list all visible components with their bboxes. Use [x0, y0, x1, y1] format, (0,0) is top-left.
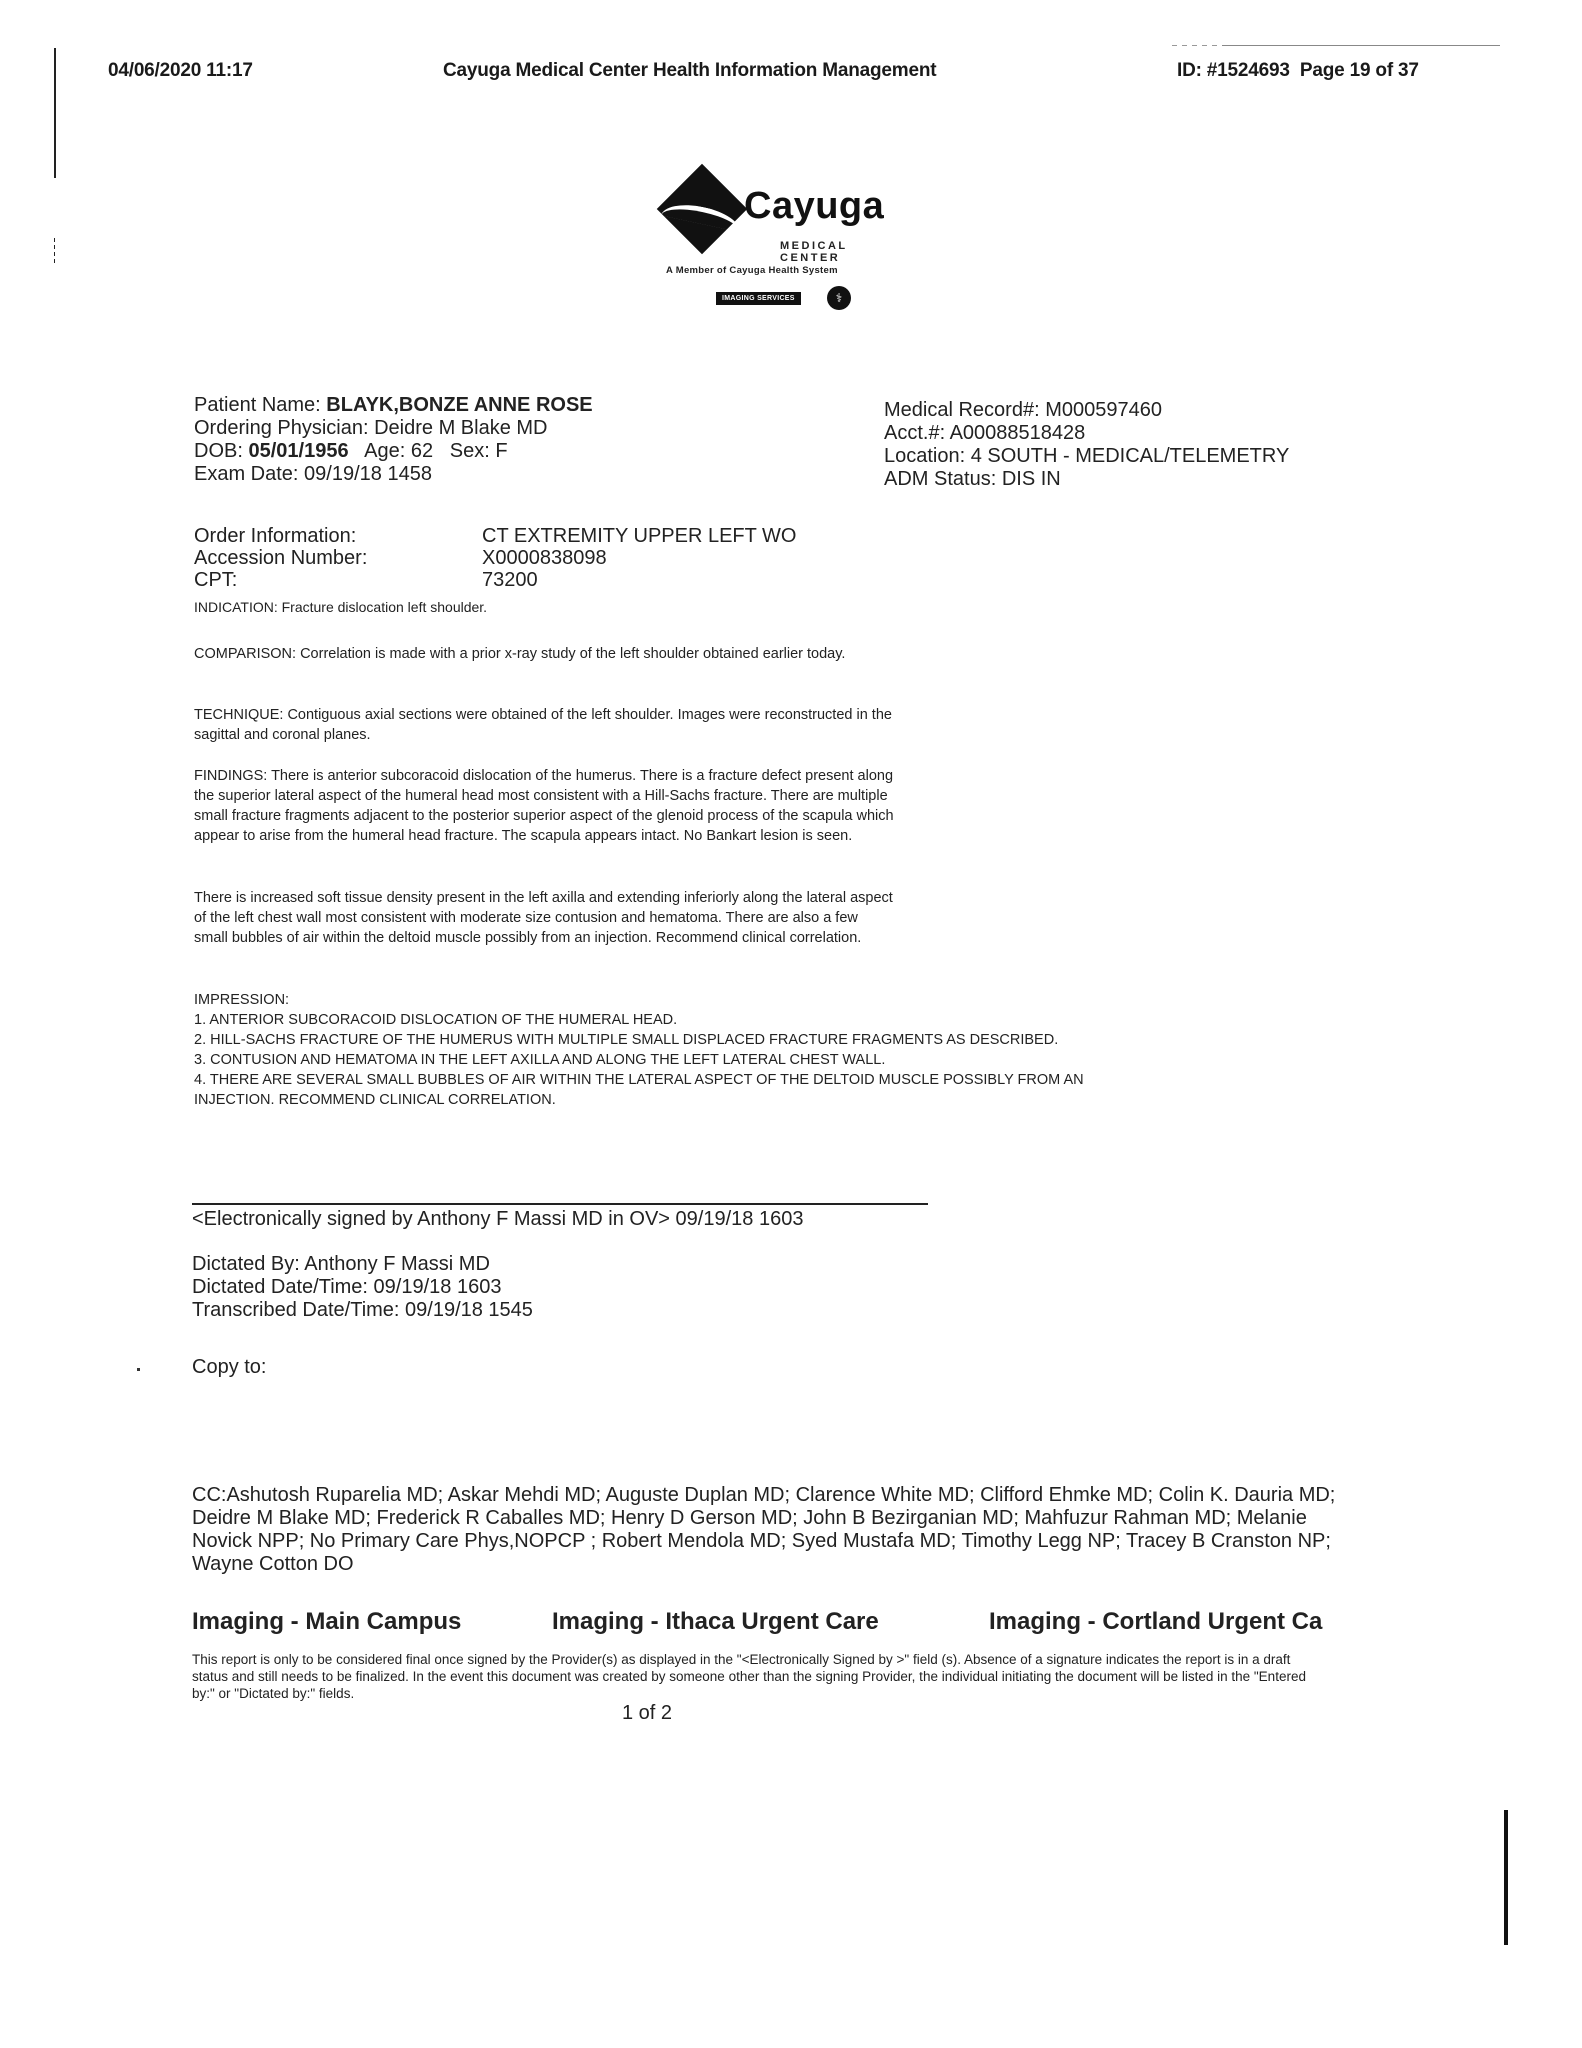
dob-row: DOB: 05/01/1956 Age: 62 Sex: F — [194, 440, 593, 463]
impression-section: IMPRESSION: 1. ANTERIOR SUBCORACOID DISL… — [194, 990, 1154, 1110]
adm-status: DIS IN — [1002, 468, 1061, 490]
dictation-info: Dictated By: Anthony F Massi MD Dictated… — [192, 1253, 533, 1322]
comparison-section: COMPARISON: Correlation is made with a p… — [194, 644, 894, 664]
scan-margin-mark — [137, 1368, 140, 1371]
cayuga-logo: Cayuga MEDICAL CENTER A Member of Cayuga… — [652, 165, 912, 325]
page-number: Page 19 of 37 — [1300, 60, 1419, 81]
logo-member-line: A Member of Cayuga Health System — [666, 265, 838, 276]
document-id: ID: #1524693 — [1177, 60, 1290, 81]
account-number: A00088518428 — [950, 422, 1086, 444]
imaging-services-badge: IMAGING SERVICES — [716, 292, 801, 305]
exam-date: 09/19/18 1458 — [304, 463, 432, 485]
signature-divider — [192, 1203, 928, 1205]
caduceus-seal-icon: ⚕ — [827, 286, 851, 310]
scan-margin-line — [54, 48, 56, 178]
age: 62 — [411, 440, 433, 462]
patient-info: Patient Name: BLAYK,BONZE ANNE ROSE Orde… — [194, 394, 593, 486]
impression-item: 1. ANTERIOR SUBCORACOID DISLOCATION OF T… — [194, 1010, 1154, 1030]
document-id-page: ID: #1524693 Page 19 of 37 — [1177, 60, 1419, 82]
ordering-physician-row: Ordering Physician: Deidre M Blake MD — [194, 417, 593, 440]
imaging-sites: Imaging - Main CampusImaging - Ithaca Ur… — [192, 1608, 1322, 1636]
organization-title: Cayuga Medical Center Health Information… — [443, 60, 936, 82]
ordering-physician: Deidre M Blake MD — [374, 417, 547, 439]
exam-date-row: Exam Date: 09/19/18 1458 — [194, 463, 593, 486]
scan-edge-line — [1504, 1810, 1508, 1945]
site-cortland-urgent-care: Imaging - Cortland Urgent Ca — [989, 1608, 1322, 1636]
findings-soft-tissue: There is increased soft tissue density p… — [194, 888, 894, 948]
indication: INDICATION: Fracture dislocation left sh… — [194, 599, 487, 615]
scan-artifact-line — [1172, 45, 1222, 46]
electronic-signature: <Electronically signed by Anthony F Mass… — [192, 1208, 803, 1231]
impression-item: 3. CONTUSION AND HEMATOMA IN THE LEFT AX… — [194, 1050, 1154, 1070]
medical-record-number: M000597460 — [1045, 399, 1162, 421]
location: 4 SOUTH - MEDICAL/TELEMETRY — [971, 445, 1290, 467]
site-ithaca-urgent-care: Imaging - Ithaca Urgent Care — [552, 1608, 989, 1636]
copy-to-label: Copy to: — [192, 1356, 266, 1379]
dictated-datetime: Dictated Date/Time: 09/19/18 1603 — [192, 1276, 533, 1299]
impression-label: IMPRESSION: — [194, 990, 1154, 1010]
technique-section: TECHNIQUE: Contiguous axial sections wer… — [194, 705, 894, 745]
dob: 05/01/1956 — [248, 440, 348, 462]
report-page-number: 1 of 2 — [622, 1702, 672, 1725]
impression-item: 2. HILL-SACHS FRACTURE OF THE HUMERUS WI… — [194, 1030, 1154, 1050]
transcribed-datetime: Transcribed Date/Time: 09/19/18 1545 — [192, 1299, 533, 1322]
cc-list: CC:Ashutosh Ruparelia MD; Askar Mehdi MD… — [192, 1484, 1362, 1576]
accession-number: X0000838098 — [482, 547, 607, 569]
scan-margin-line — [54, 238, 55, 264]
order-value: CT EXTREMITY UPPER LEFT WO — [482, 525, 797, 547]
patient-name-row: Patient Name: BLAYK,BONZE ANNE ROSE — [194, 394, 593, 417]
patient-name: BLAYK,BONZE ANNE ROSE — [326, 394, 592, 416]
findings-section: FINDINGS: There is anterior subcoracoid … — [194, 766, 894, 846]
print-datetime: 04/06/2020 11:17 — [108, 60, 253, 82]
disclaimer: This report is only to be considered fin… — [192, 1651, 1322, 1702]
scan-artifact-line — [1222, 45, 1500, 46]
cpt-code: 73200 — [482, 569, 538, 591]
logo-name: Cayuga — [744, 185, 884, 228]
sex: F — [495, 440, 507, 462]
site-main-campus: Imaging - Main Campus — [192, 1608, 552, 1636]
dictated-by: Dictated By: Anthony F Massi MD — [192, 1253, 533, 1276]
account-info: Medical Record#: M000597460 Acct.#: A000… — [884, 399, 1289, 491]
impression-item: 4. THERE ARE SEVERAL SMALL BUBBLES OF AI… — [194, 1070, 1154, 1110]
logo-subtitle: MEDICAL CENTER — [780, 240, 912, 264]
order-info: Order Information:CT EXTREMITY UPPER LEF… — [194, 525, 797, 591]
